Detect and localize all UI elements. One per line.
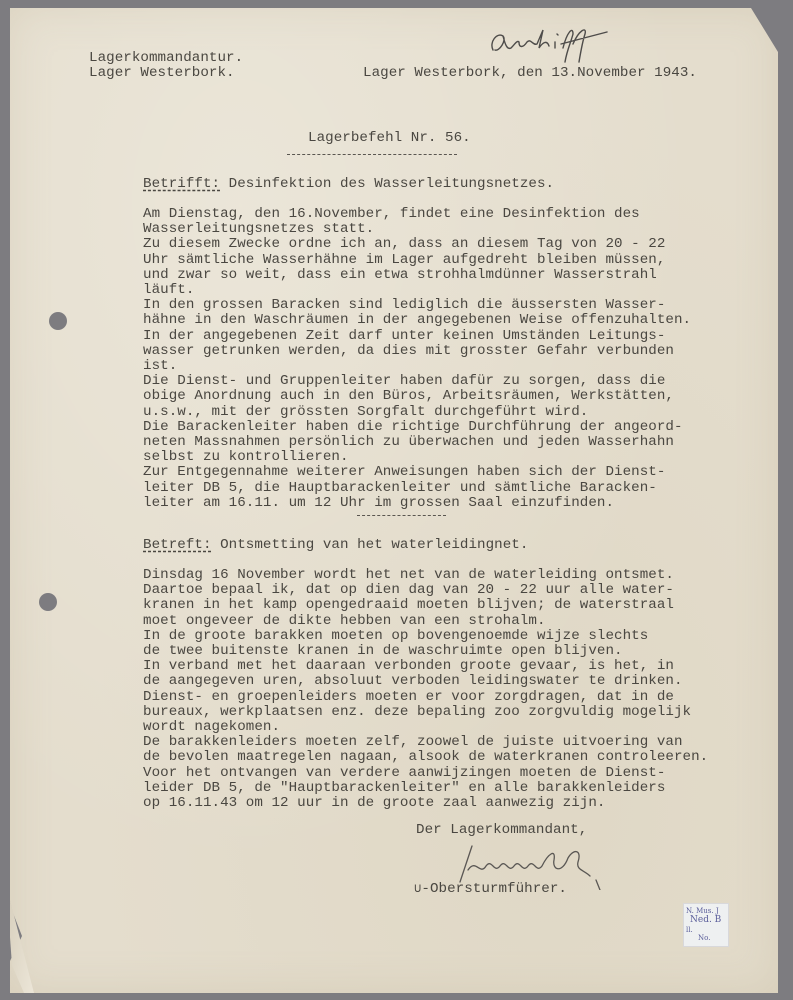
handwritten-archiv-annotation [487,22,617,68]
text-line: neten Massnahmen persönlich zu überwache… [143,435,674,450]
text-line: leiter am 16.11. um 12 Uhr im grossen Sa… [143,496,614,511]
text-line: Daartoe bepaal ik, dat op dien dag van 2… [143,583,674,598]
text-line: de aangegeven uren, absoluut verboden le… [143,674,683,689]
text-line: ist. [143,359,177,374]
title-underline [287,154,457,155]
text-line: Am Dienstag, den 16.November, findet ein… [143,207,640,222]
rank: ᑌ-Obersturmführer. [414,882,567,898]
punch-hole-top [49,312,67,330]
text-line: obige Anordnung auch in den Büros, Arbei… [143,389,674,404]
text-line: Zur Entgegennahme weiterer Anweisungen h… [143,465,665,480]
text-line: und zwar so weit, dass ein etwa strohhal… [143,268,657,283]
text-line: op 16.11.43 om 12 uur in de groote zaal … [143,796,605,811]
text-line: läuft. [143,283,194,298]
sender-line-1: Lagerkommandantur. [89,51,243,66]
punch-hole-bottom [39,593,57,611]
dutch-subject-row: Betreft: Ontsmetting van het waterleidin… [143,538,528,553]
german-subject-row: Betrifft: Desinfektion des Wasserleitung… [143,177,554,192]
german-subject: Desinfektion des Wasserleitungsnetzes. [229,176,554,192]
archive-stamp: N. Mus. J Ned. B ll. No. [683,903,729,947]
text-line: selbst zu kontrollieren. [143,450,349,465]
text-line: de bevolen maatregelen nagaan, alsook de… [143,750,708,765]
text-line: Zu diesem Zwecke ordne ich an, dass an d… [143,237,665,252]
order-title: Lagerbefehl Nr. 56. [308,131,471,146]
text-line: de twee buitenste kranen in de waschruim… [143,644,623,659]
text-line: De barakkenleiders moeten zelf, zoowel d… [143,735,683,750]
text-line: bureaux, werkplaatsen enz. deze bepaling… [143,705,691,720]
text-line: wasser getrunken werden, da dies mit gro… [143,344,674,359]
place-date: Lager Westerbork, den 13.November 1943. [363,66,697,81]
dutch-subject-label: Betreft: [143,537,212,553]
text-line: moet ongeveer de dikte hebben van een st… [143,614,546,629]
text-line: Die Dienst- und Gruppenleiter haben dafü… [143,374,665,389]
text-line: Uhr sämtliche Wasserhähne im Lager aufge… [143,253,665,268]
section-separator [357,515,446,516]
text-line: In de groote barakken moeten op bovengen… [143,629,648,644]
text-line: In verband met het daaraan verbonden gro… [143,659,674,674]
text-line: leiter DB 5, die Hauptbarackenleiter und… [143,481,657,496]
text-line: kranen in het kamp opengedraaid moeten b… [143,598,674,613]
text-line: u.s.w., mit der grössten Sorgfalt durchg… [143,405,588,420]
text-line: Wasserleitungsnetzes statt. [143,222,374,237]
closing: Der Lagerkommandant, [416,823,587,838]
dutch-subject: Ontsmetting van het waterleidingnet. [220,537,528,553]
text-line: leider DB 5, de "Hauptbarackenleiter" en… [143,781,665,796]
text-line: Voor het ontvangen van verdere aanwijzin… [143,766,665,781]
text-line: In den grossen Baracken sind lediglich d… [143,298,665,313]
text-line: Dienst- en groepenleiders moeten er voor… [143,690,674,705]
text-line: Die Barackenleiter haben die richtige Du… [143,420,683,435]
text-line: hähne in den Waschräumen in der angegebe… [143,313,691,328]
german-subject-label: Betrifft: [143,176,220,192]
text-line: wordt nagekomen. [143,720,280,735]
sender-line-2: Lager Westerbork. [89,66,235,81]
text-line: Dinsdag 16 November wordt het net van de… [143,568,674,583]
text-line: In der angegebenen Zeit darf unter keine… [143,329,665,344]
